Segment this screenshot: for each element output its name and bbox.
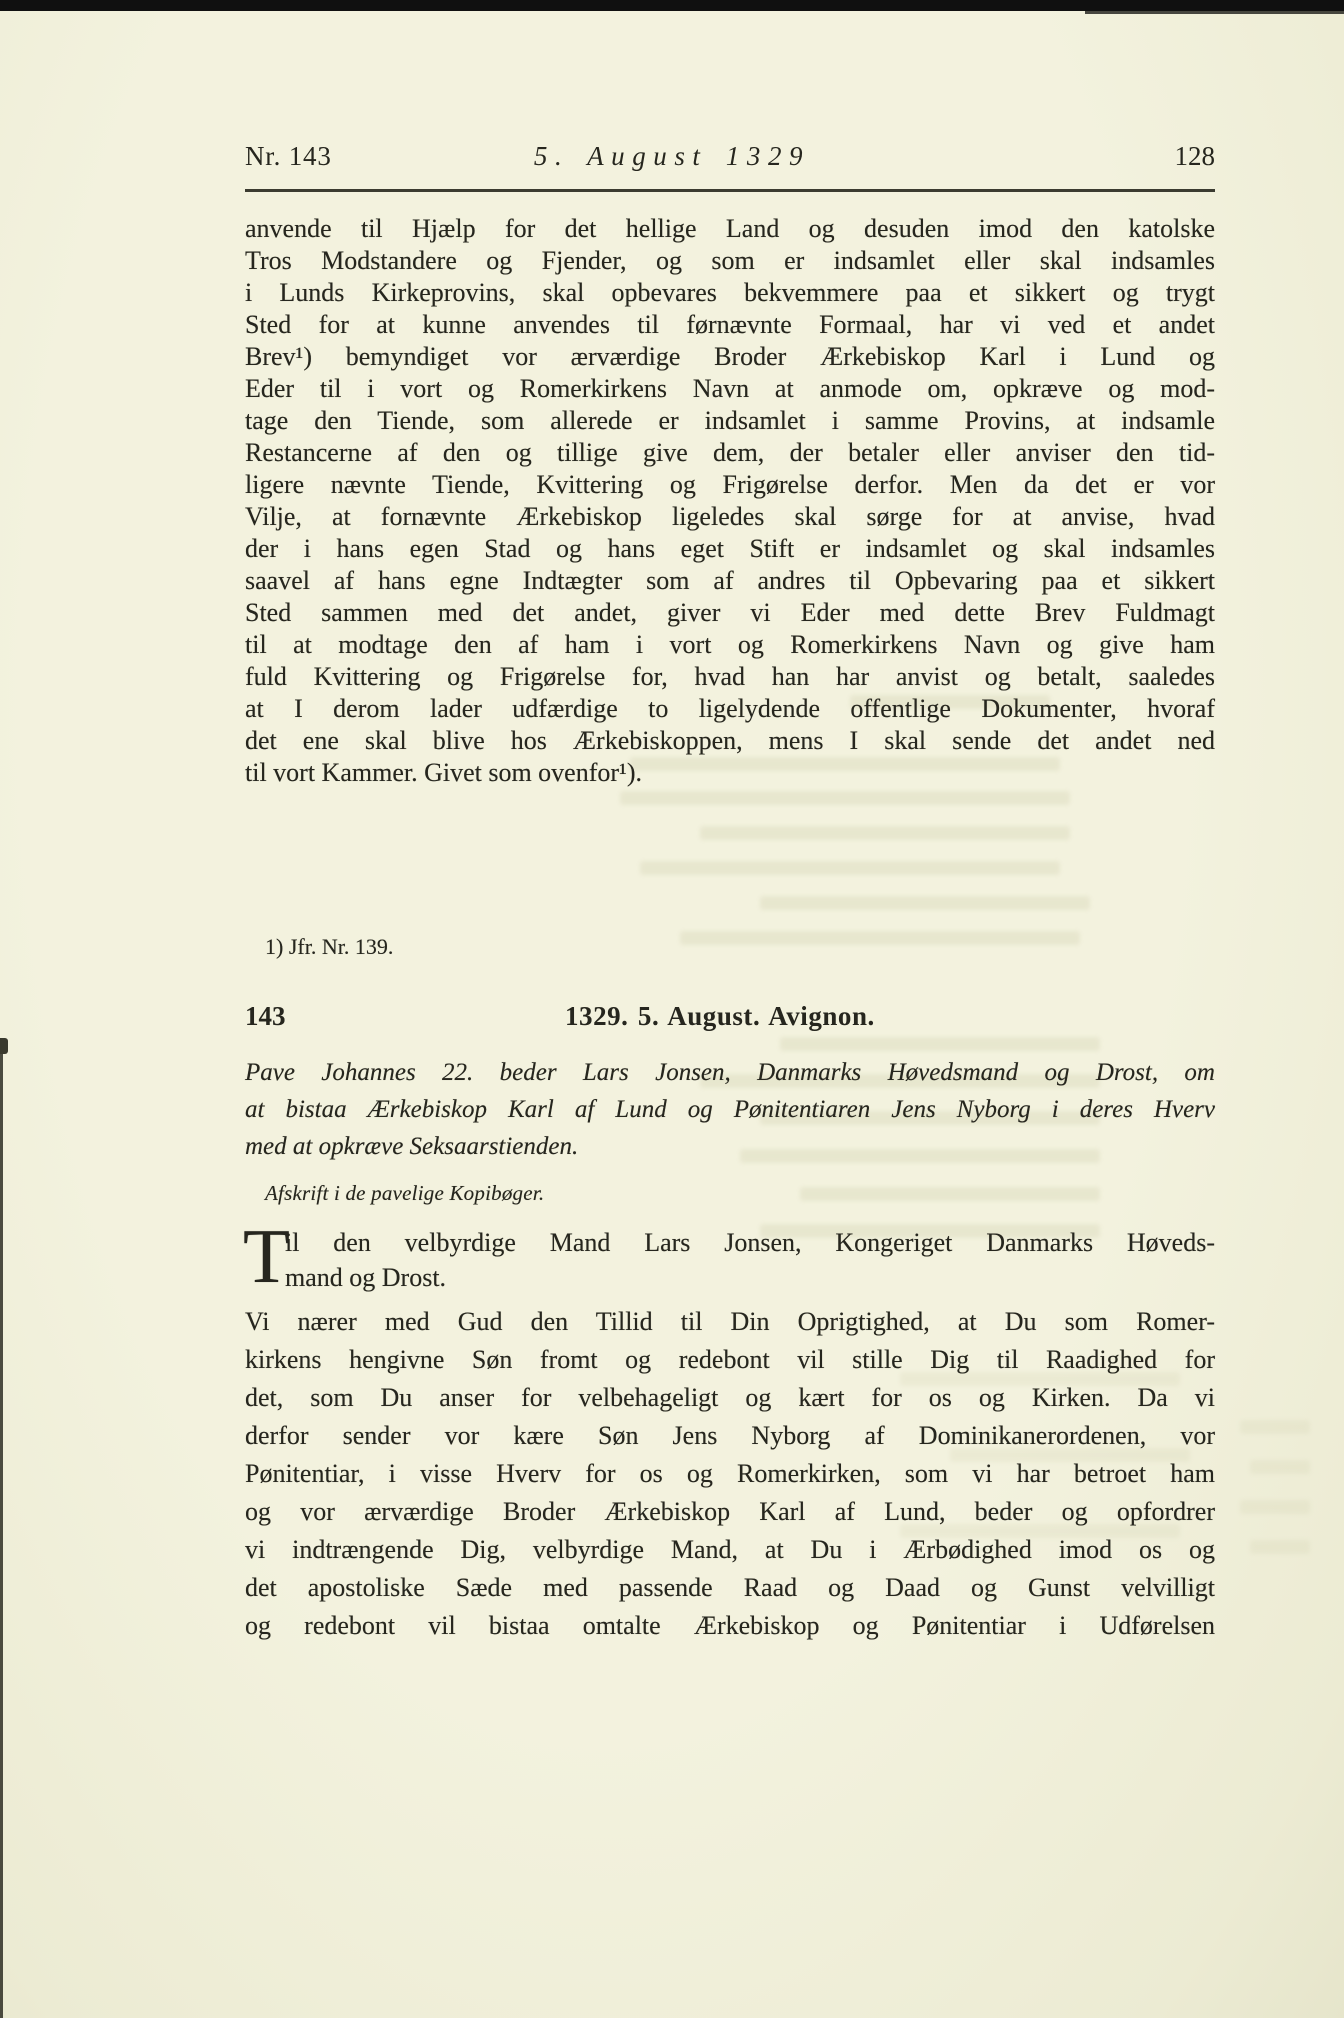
- summary-line: Pave Johannes 22. beder Lars Jonsen, Dan…: [245, 1054, 1215, 1091]
- entry-number: 143: [245, 1001, 286, 1032]
- text-line: og redebont vil bistaa omtalte Ærkebisko…: [245, 1607, 1215, 1645]
- text-line: ligere nævnte Tiende, Kvittering og Frig…: [245, 469, 1215, 501]
- text-line: tage den Tiende, som allerede er indsaml…: [245, 405, 1215, 437]
- source-note: Afskrift i de pavelige Kopibøger.: [265, 1181, 544, 1206]
- dropcap-letter: T: [243, 1220, 290, 1292]
- text-line: Vilje, at fornævnte Ærkebiskop ligeledes…: [245, 501, 1215, 533]
- continuation-paragraph: anvende til Hjælp for det hellige Land o…: [245, 213, 1215, 789]
- text-line: at I derom lader udfærdige to ligelydend…: [245, 693, 1215, 725]
- summary-line: at bistaa Ærkebiskop Karl af Lund og Pøn…: [245, 1091, 1215, 1128]
- entry-dateline: 1329. 5. August. Avignon.: [565, 1001, 875, 1032]
- text-line: og vor ærværdige Broder Ærkebiskop Karl …: [245, 1493, 1215, 1531]
- text-line: Tros Modstandere og Fjender, og som er i…: [245, 245, 1215, 277]
- salutation-paragraph: T il den velbyrdige Mand Lars Jonsen, Ko…: [245, 1225, 1215, 1295]
- text-line: det ene skal blive hos Ærkebiskoppen, me…: [245, 725, 1215, 757]
- scanned-book-page: Nr. 143 5. August 1329 128 anvende til H…: [0, 0, 1344, 2018]
- running-head-entry-number: Nr. 143: [245, 141, 332, 172]
- text-line: til at modtage den af ham i vort og Rome…: [245, 629, 1215, 661]
- text-line: Eder til i vort og Romerkirkens Navn at …: [245, 373, 1215, 405]
- text-line: i Lunds Kirkeprovins, skal opbevares bek…: [245, 277, 1215, 309]
- running-head-rule: [245, 189, 1215, 192]
- text-line: kirkens hengivne Søn fromt og redebont v…: [245, 1341, 1215, 1379]
- entry-heading: 143 1329. 5. August. Avignon.: [245, 1001, 1215, 1035]
- text-line: til vort Kammer. Givet som ovenfor¹).: [245, 757, 1215, 789]
- text-line: fuld Kvittering og Frigørelse for, hvad …: [245, 661, 1215, 693]
- scan-edge-top: [0, 0, 1344, 11]
- scan-edge-left-blotch: [0, 1038, 8, 1054]
- text-line: Restancerne af den og tillige give dem, …: [245, 437, 1215, 469]
- page-number: 128: [1175, 141, 1216, 172]
- running-head: Nr. 143 5. August 1329 128: [245, 141, 1215, 175]
- entry-summary: Pave Johannes 22. beder Lars Jonsen, Dan…: [245, 1054, 1215, 1165]
- text-line: det, som Du anser for velbehageligt og k…: [245, 1379, 1215, 1417]
- text-line: saavel af hans egne Indtægter som af and…: [245, 565, 1215, 597]
- text-line: anvende til Hjælp for det hellige Land o…: [245, 213, 1215, 245]
- text-line: mand og Drost.: [245, 1260, 1215, 1295]
- summary-line: med at opkræve Seksaarstienden.: [245, 1128, 1215, 1165]
- scan-edge-top-notch: [1085, 11, 1344, 14]
- text-line: Pønitentiar, i visse Hverv for os og Rom…: [245, 1455, 1215, 1493]
- running-head-date: 5. August 1329: [534, 141, 810, 172]
- salutation-lines: il den velbyrdige Mand Lars Jonsen, Kong…: [245, 1225, 1215, 1295]
- text-line: Sted for at kunne anvendes til førnævnte…: [245, 309, 1215, 341]
- footnote: 1) Jfr. Nr. 139.: [265, 934, 393, 960]
- scan-edge-left: [0, 1052, 3, 2018]
- text-line: vi indtrængende Dig, velbyrdige Mand, at…: [245, 1531, 1215, 1569]
- text-line: il den velbyrdige Mand Lars Jonsen, Kong…: [245, 1225, 1215, 1260]
- text-line: derfor sender vor kære Søn Jens Nyborg a…: [245, 1417, 1215, 1455]
- text-line: Vi nærer med Gud den Tillid til Din Opri…: [245, 1303, 1215, 1341]
- text-line: det apostoliske Sæde med passende Raad o…: [245, 1569, 1215, 1607]
- text-line: Brev¹) bemyndiget vor ærværdige Broder Æ…: [245, 341, 1215, 373]
- entry-body-paragraph: Vi nærer med Gud den Tillid til Din Opri…: [245, 1303, 1215, 1645]
- text-line: der i hans egen Stad og hans eget Stift …: [245, 533, 1215, 565]
- text-line: Sted sammen med det andet, giver vi Eder…: [245, 597, 1215, 629]
